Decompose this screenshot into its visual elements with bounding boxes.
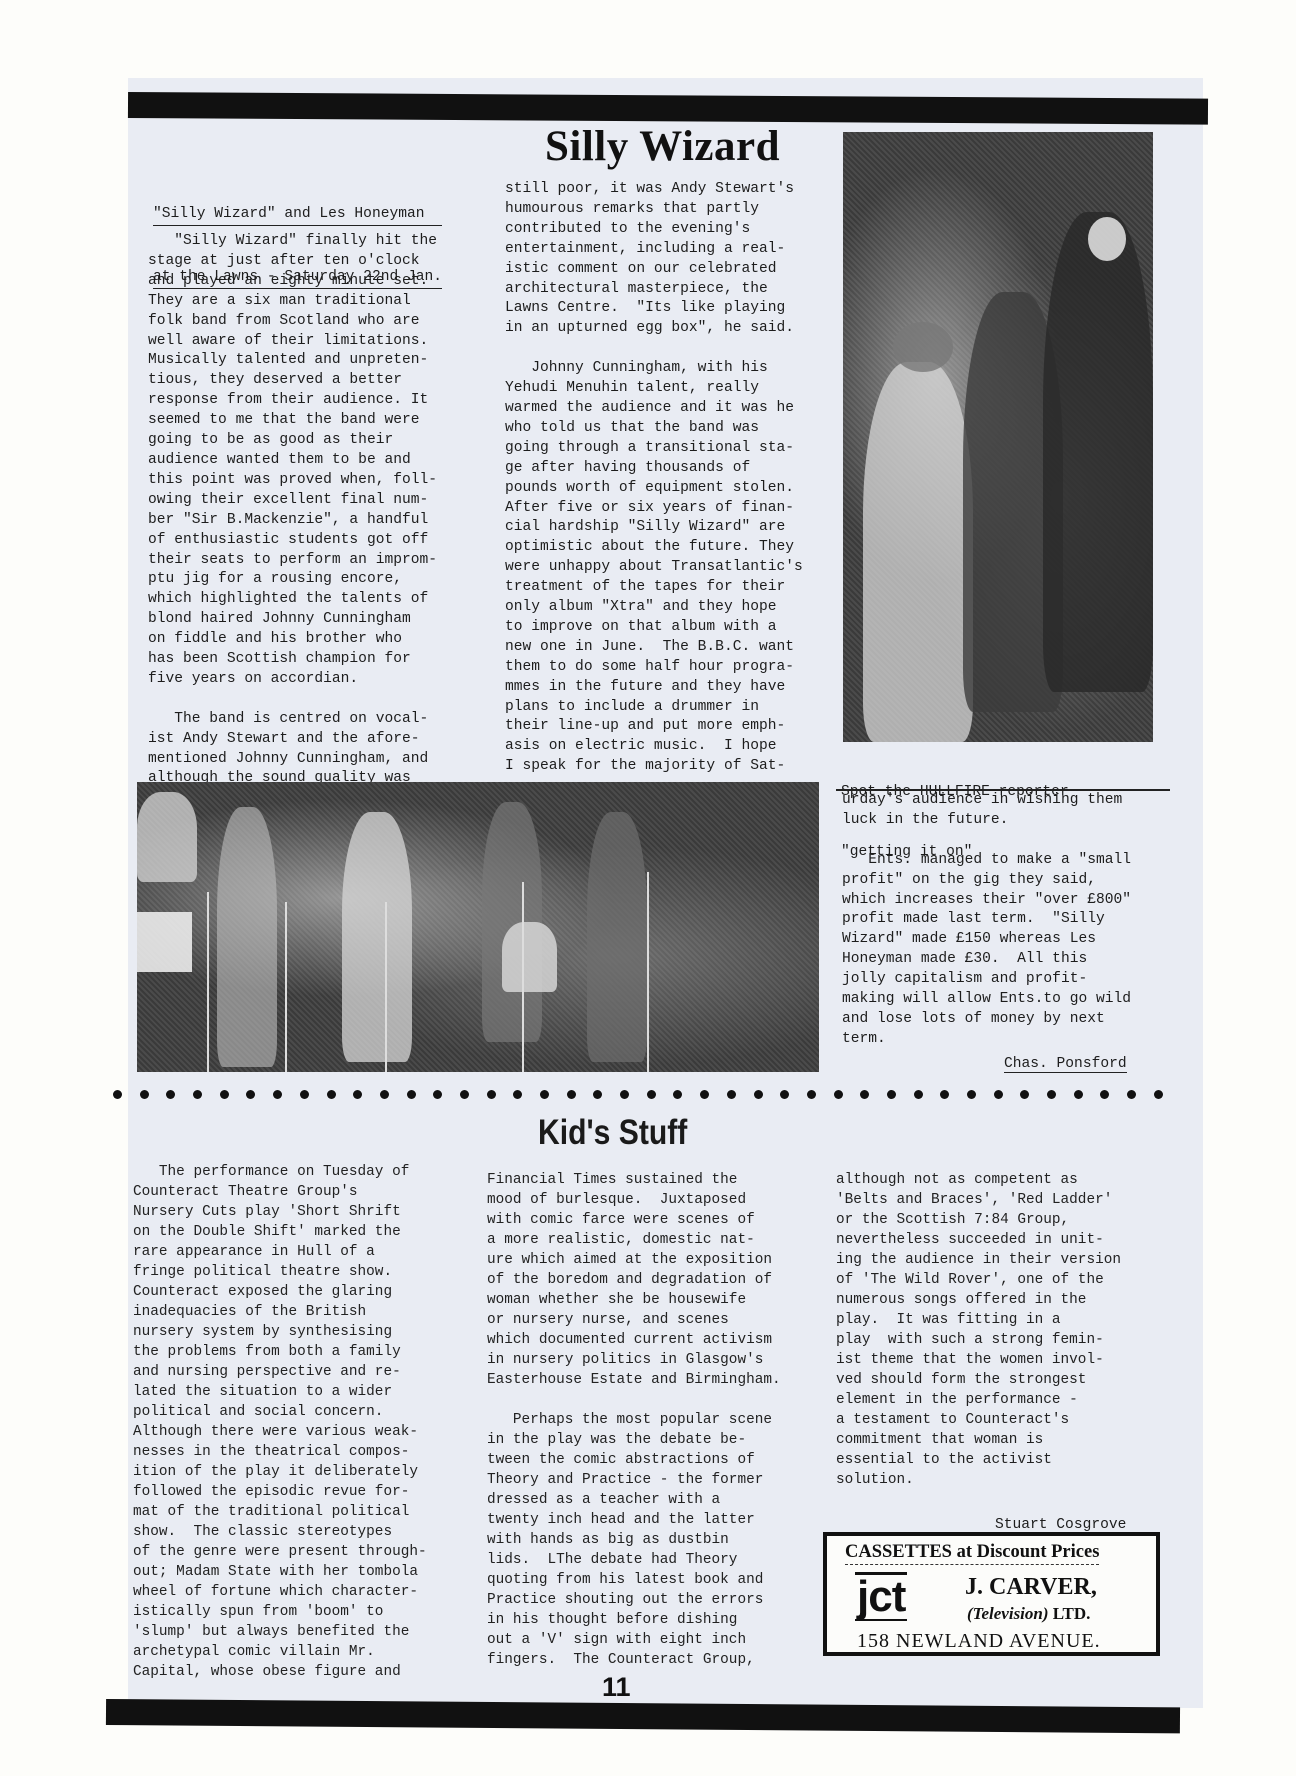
separator-dot [994, 1090, 1003, 1099]
byline-stuart-cosgrove: Stuart Cosgrove [995, 1517, 1126, 1533]
separator-dot [407, 1090, 416, 1099]
kids-stuff-column-3: although not as competent as 'Belts and … [836, 1170, 1121, 1490]
separator-dot [433, 1090, 442, 1099]
separator-dot [1154, 1090, 1163, 1099]
newspaper-page: Silly Wizard "Silly Wizard" and Les Hone… [0, 0, 1296, 1776]
separator-dot [700, 1090, 709, 1099]
separator-dot [113, 1090, 122, 1099]
separator-dot [780, 1090, 789, 1099]
separator-dot [513, 1090, 522, 1099]
separator-dot [1047, 1090, 1056, 1099]
band-photo [137, 782, 819, 1072]
headline-kids-stuff: Kid's Stuff [538, 1113, 687, 1153]
separator-dot [380, 1090, 389, 1099]
jct-logo: jct [855, 1572, 907, 1621]
separator-dot [620, 1090, 629, 1099]
separator-dot [1100, 1090, 1109, 1099]
separator-dot [460, 1090, 469, 1099]
column-text: The performance on Tuesday of Counteract… [133, 1162, 427, 1682]
byline-chas-ponsford: Chas. Ponsford [1004, 1056, 1127, 1073]
separator-dot [487, 1090, 496, 1099]
separator-dot [834, 1090, 843, 1099]
column-text: still poor, it was Andy Stewart's humour… [505, 180, 803, 777]
ad-address: 158 NEWLAND AVENUE. [857, 1630, 1101, 1653]
separator-dot [727, 1090, 736, 1099]
separator-dot [593, 1090, 602, 1099]
column-text: although not as competent as 'Belts and … [836, 1170, 1121, 1490]
ad-tagline: CASSETTES at Discount Prices [845, 1542, 1099, 1565]
separator-dot [940, 1090, 949, 1099]
column-text: urday's audience in wishing them luck in… [842, 791, 1131, 1050]
separator-dot [353, 1090, 362, 1099]
separator-dot [647, 1090, 656, 1099]
separator-dot [1074, 1090, 1083, 1099]
separator-dot [220, 1090, 229, 1099]
separator-dot [300, 1090, 309, 1099]
separator-dot [140, 1090, 149, 1099]
separator-dot [1127, 1090, 1136, 1099]
kids-stuff-column-2: Financial Times sustained the mood of bu… [487, 1170, 781, 1670]
separator-dot [673, 1090, 682, 1099]
separator-dot [1020, 1090, 1029, 1099]
silly-wizard-column-2: still poor, it was Andy Stewart's humour… [505, 180, 803, 777]
separator-dot [273, 1090, 282, 1099]
separator-dot [193, 1090, 202, 1099]
ad-company-name: J. CARVER, [965, 1574, 1097, 1601]
silly-wizard-column-1: "Silly Wizard" finally hit the stage at … [148, 232, 437, 789]
jct-advertisement: CASSETTES at Discount Prices jct J. CARV… [823, 1532, 1160, 1656]
column-text: Financial Times sustained the mood of bu… [487, 1170, 781, 1670]
dotted-separator [113, 1086, 1163, 1102]
separator-dot [327, 1090, 336, 1099]
silly-wizard-column-3: urday's audience in wishing them luck in… [842, 791, 1131, 1050]
separator-dot [887, 1090, 896, 1099]
page-number: 11 [602, 1672, 631, 1703]
separator-dot [246, 1090, 255, 1099]
separator-dot [754, 1090, 763, 1099]
separator-dot [967, 1090, 976, 1099]
separator-dot [166, 1090, 175, 1099]
headline-silly-wizard: Silly Wizard [545, 122, 780, 171]
separator-dot [567, 1090, 576, 1099]
kids-stuff-column-1: The performance on Tuesday of Counteract… [133, 1162, 427, 1682]
subhead-line: "Silly Wizard" and Les Honeyman [153, 204, 442, 226]
column-text: "Silly Wizard" finally hit the stage at … [148, 232, 437, 789]
dance-photo [843, 132, 1153, 742]
separator-dot [540, 1090, 549, 1099]
separator-dot [860, 1090, 869, 1099]
ad-ltd-label: LTD. [1053, 1604, 1091, 1623]
ad-company-sub: (Television) LTD. [967, 1604, 1090, 1624]
ad-television-label: (Television) [967, 1604, 1049, 1623]
separator-dot [914, 1090, 923, 1099]
separator-dot [807, 1090, 816, 1099]
